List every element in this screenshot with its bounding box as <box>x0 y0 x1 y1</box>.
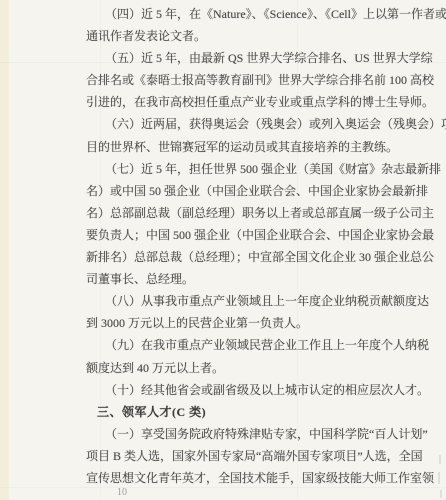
paragraph-line: 项目 B 类人选，国家外国专家局“高端外国专家项目”人选，全国 <box>86 445 438 467</box>
scan-artifact <box>438 472 440 484</box>
paragraph-line: （七）近 5 年，担任世界 500 强企业（美国《财富》杂志最新排 <box>86 158 438 180</box>
scan-artifact <box>439 455 441 464</box>
paragraph-line: 要负责人；中国 500 强企业（中国企业联合会、中国企业家协会最 <box>86 224 438 246</box>
paragraph-line: 目的世界杯、世锦赛冠军的运动员或其直接培养的主教练。 <box>86 136 438 158</box>
paragraph-line: （十）经其他省会或副省级及以上城市认定的相应层次人才。 <box>86 379 438 401</box>
paragraph-line: 司董事长、总经理。 <box>86 268 438 290</box>
scan-artifact <box>440 490 442 498</box>
paragraph-line: 引进的，在我市高校担任重点产业专业或重点学科的博士生导师。 <box>86 91 438 113</box>
paragraph-line: （四）近 5 年，在《Nature》、《Science》、《Cell》上以第一作… <box>86 3 438 25</box>
scan-edge-strip <box>0 0 9 500</box>
paragraph-line: （五）近 5 年，由最新 QS 世界大学综合排名、US 世界大学综 <box>86 47 438 69</box>
paragraph-line: （一）享受国务院政府特殊津贴专家，中国科学院“百人计划” <box>86 423 438 445</box>
paragraph-line: 额度达到 40 万元以上者。 <box>86 357 438 379</box>
paragraph-line: （九）在我市重点产业领域民营企业工作且上一年度个人纳税 <box>86 334 438 356</box>
paragraph-line: 名）或中国 50 强企业（中国企业联合会、中国企业家协会最新排 <box>86 180 438 202</box>
paragraph-line: （六）近两届，获得奥运会（残奥会）或列入奥运会（残奥会）项 <box>86 113 438 135</box>
paragraph-line: （八）从事我市重点产业领域且上一年度企业纳税贡献额度达 <box>86 290 438 312</box>
page-number: 10 <box>100 487 144 498</box>
paragraph-line: 新排名）总部总裁（总经理）；中宣部全国文化企业 30 强企业总公 <box>86 246 438 268</box>
document-text-block: （四）近 5 年，在《Nature》、《Science》、《Cell》上以第一作… <box>86 3 438 489</box>
paragraph-line: 通讯作者发表论文者。 <box>86 25 438 47</box>
section-heading-leadership-talent: 三、领军人才(C 类) <box>86 401 438 423</box>
paragraph-line: 宣传思想文化青年英才，全国技术能手，国家级技能大师工作室领 <box>86 467 438 489</box>
paragraph-line: 合排名或《泰晤士报高等教育副刊》世界大学综合排名前 100 高校 <box>86 69 438 91</box>
paragraph-line: 到 3000 万元以上的民营企业第一负责人。 <box>86 312 438 334</box>
paragraph-line: 名）总部副总裁（副总经理）职务以上者或总部直属一级子公司主 <box>86 202 438 224</box>
